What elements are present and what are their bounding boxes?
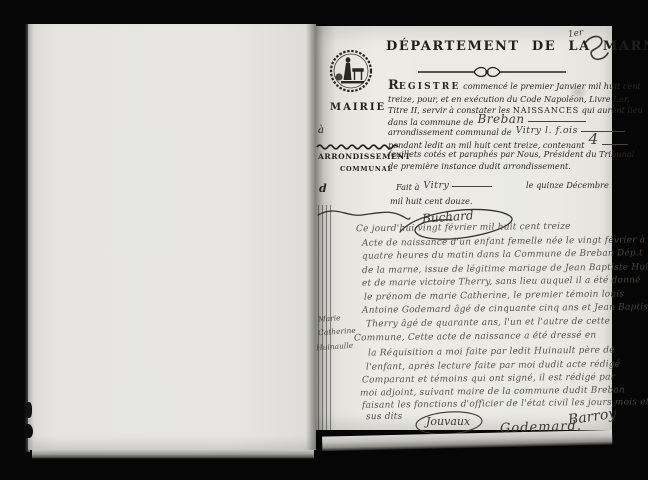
- register-line: treize, pour, et en exécution du Code Na…: [388, 94, 629, 105]
- hand-underline: [528, 115, 586, 122]
- spine-creases: [318, 205, 333, 440]
- register-line: de première instance dudit arrondissemen…: [388, 161, 571, 172]
- feuillets-count-hand-value: 4: [589, 130, 599, 148]
- date-line: le quinze Décembre: [526, 180, 609, 191]
- manuscript-line: Antoine Godemard âgé de cinquante cinq a…: [362, 302, 648, 316]
- d-label: d: [319, 182, 327, 195]
- manuscript-line: de la marne, issue de légitime mariage d…: [362, 262, 648, 276]
- manuscript-line: le prénom de marie Catherine, le premier…: [364, 289, 624, 302]
- title-ornament-icon: [416, 65, 568, 77]
- register-line: REGISTRE commencé le premier Janvier mil…: [388, 80, 641, 93]
- manuscript-line: Ce jourd'hui vingt février mil huit cent…: [356, 222, 571, 235]
- hand-underline: [581, 125, 625, 132]
- manuscript-line: l'enfant, après lecture faite par moi du…: [366, 359, 620, 372]
- manuscript-line: et de marie victoire Therry, sans lieu a…: [362, 275, 641, 288]
- arrondissement-hand-value: Vitry l. f.ois: [516, 125, 578, 136]
- page-stack-right: [322, 430, 612, 452]
- communal-label: COMMUNAL: [340, 165, 393, 173]
- page-stack-left: [32, 450, 314, 459]
- manuscript-line: sus dits: [366, 412, 402, 422]
- hand-underline: [602, 138, 628, 145]
- signature-name: Barroy: [567, 406, 617, 429]
- manuscript-line: la Réquisition a moi faite par ledit Hui…: [368, 345, 615, 358]
- manuscript-line: moi adjoint, suivant maire de la commune…: [360, 385, 625, 398]
- register-right-page: 1er MAIRIE à ARRONDISSEMENT COMMUNAL d D…: [316, 26, 612, 430]
- manuscript-line: Acte de naissance d'un enfant femelle né…: [362, 235, 645, 248]
- ink-stain: [568, 84, 588, 100]
- manuscript-line: Comparant et témoins qui ont signé, il e…: [362, 372, 615, 385]
- blank-left-page: [28, 24, 316, 450]
- manuscript-line: Therry âgé de quarante ans, l'un et l'au…: [366, 317, 610, 330]
- fait-place-hand-value: Vitry: [423, 180, 449, 191]
- mairie-seal-icon: [328, 47, 374, 97]
- fait-line: Fait àVitry: [396, 182, 492, 193]
- commune-hand-value: Breban: [477, 112, 524, 126]
- edge-tear-mark: [25, 402, 32, 418]
- register-initial: R: [388, 78, 399, 93]
- mairie-label: MAIRIE: [330, 102, 386, 113]
- manuscript-line: Commune, Cette acte de naissance a été d…: [354, 331, 596, 344]
- manuscript-line: quatre heures du matin dans la Commune d…: [362, 248, 643, 261]
- edge-tear-mark: [24, 424, 33, 438]
- a-label: à: [318, 125, 324, 136]
- register-line: feuillets cotés et paraphés par Nous, Pr…: [388, 149, 634, 160]
- signature-third: Barroy: [568, 406, 616, 425]
- scanned-register-page: 1er MAIRIE à ARRONDISSEMENT COMMUNAL d D…: [0, 0, 648, 480]
- signature-name: Jouvaux: [426, 415, 470, 428]
- hand-underline: [452, 180, 492, 187]
- page-title: DÉPARTEMENT DE LA MARNE.: [386, 39, 648, 54]
